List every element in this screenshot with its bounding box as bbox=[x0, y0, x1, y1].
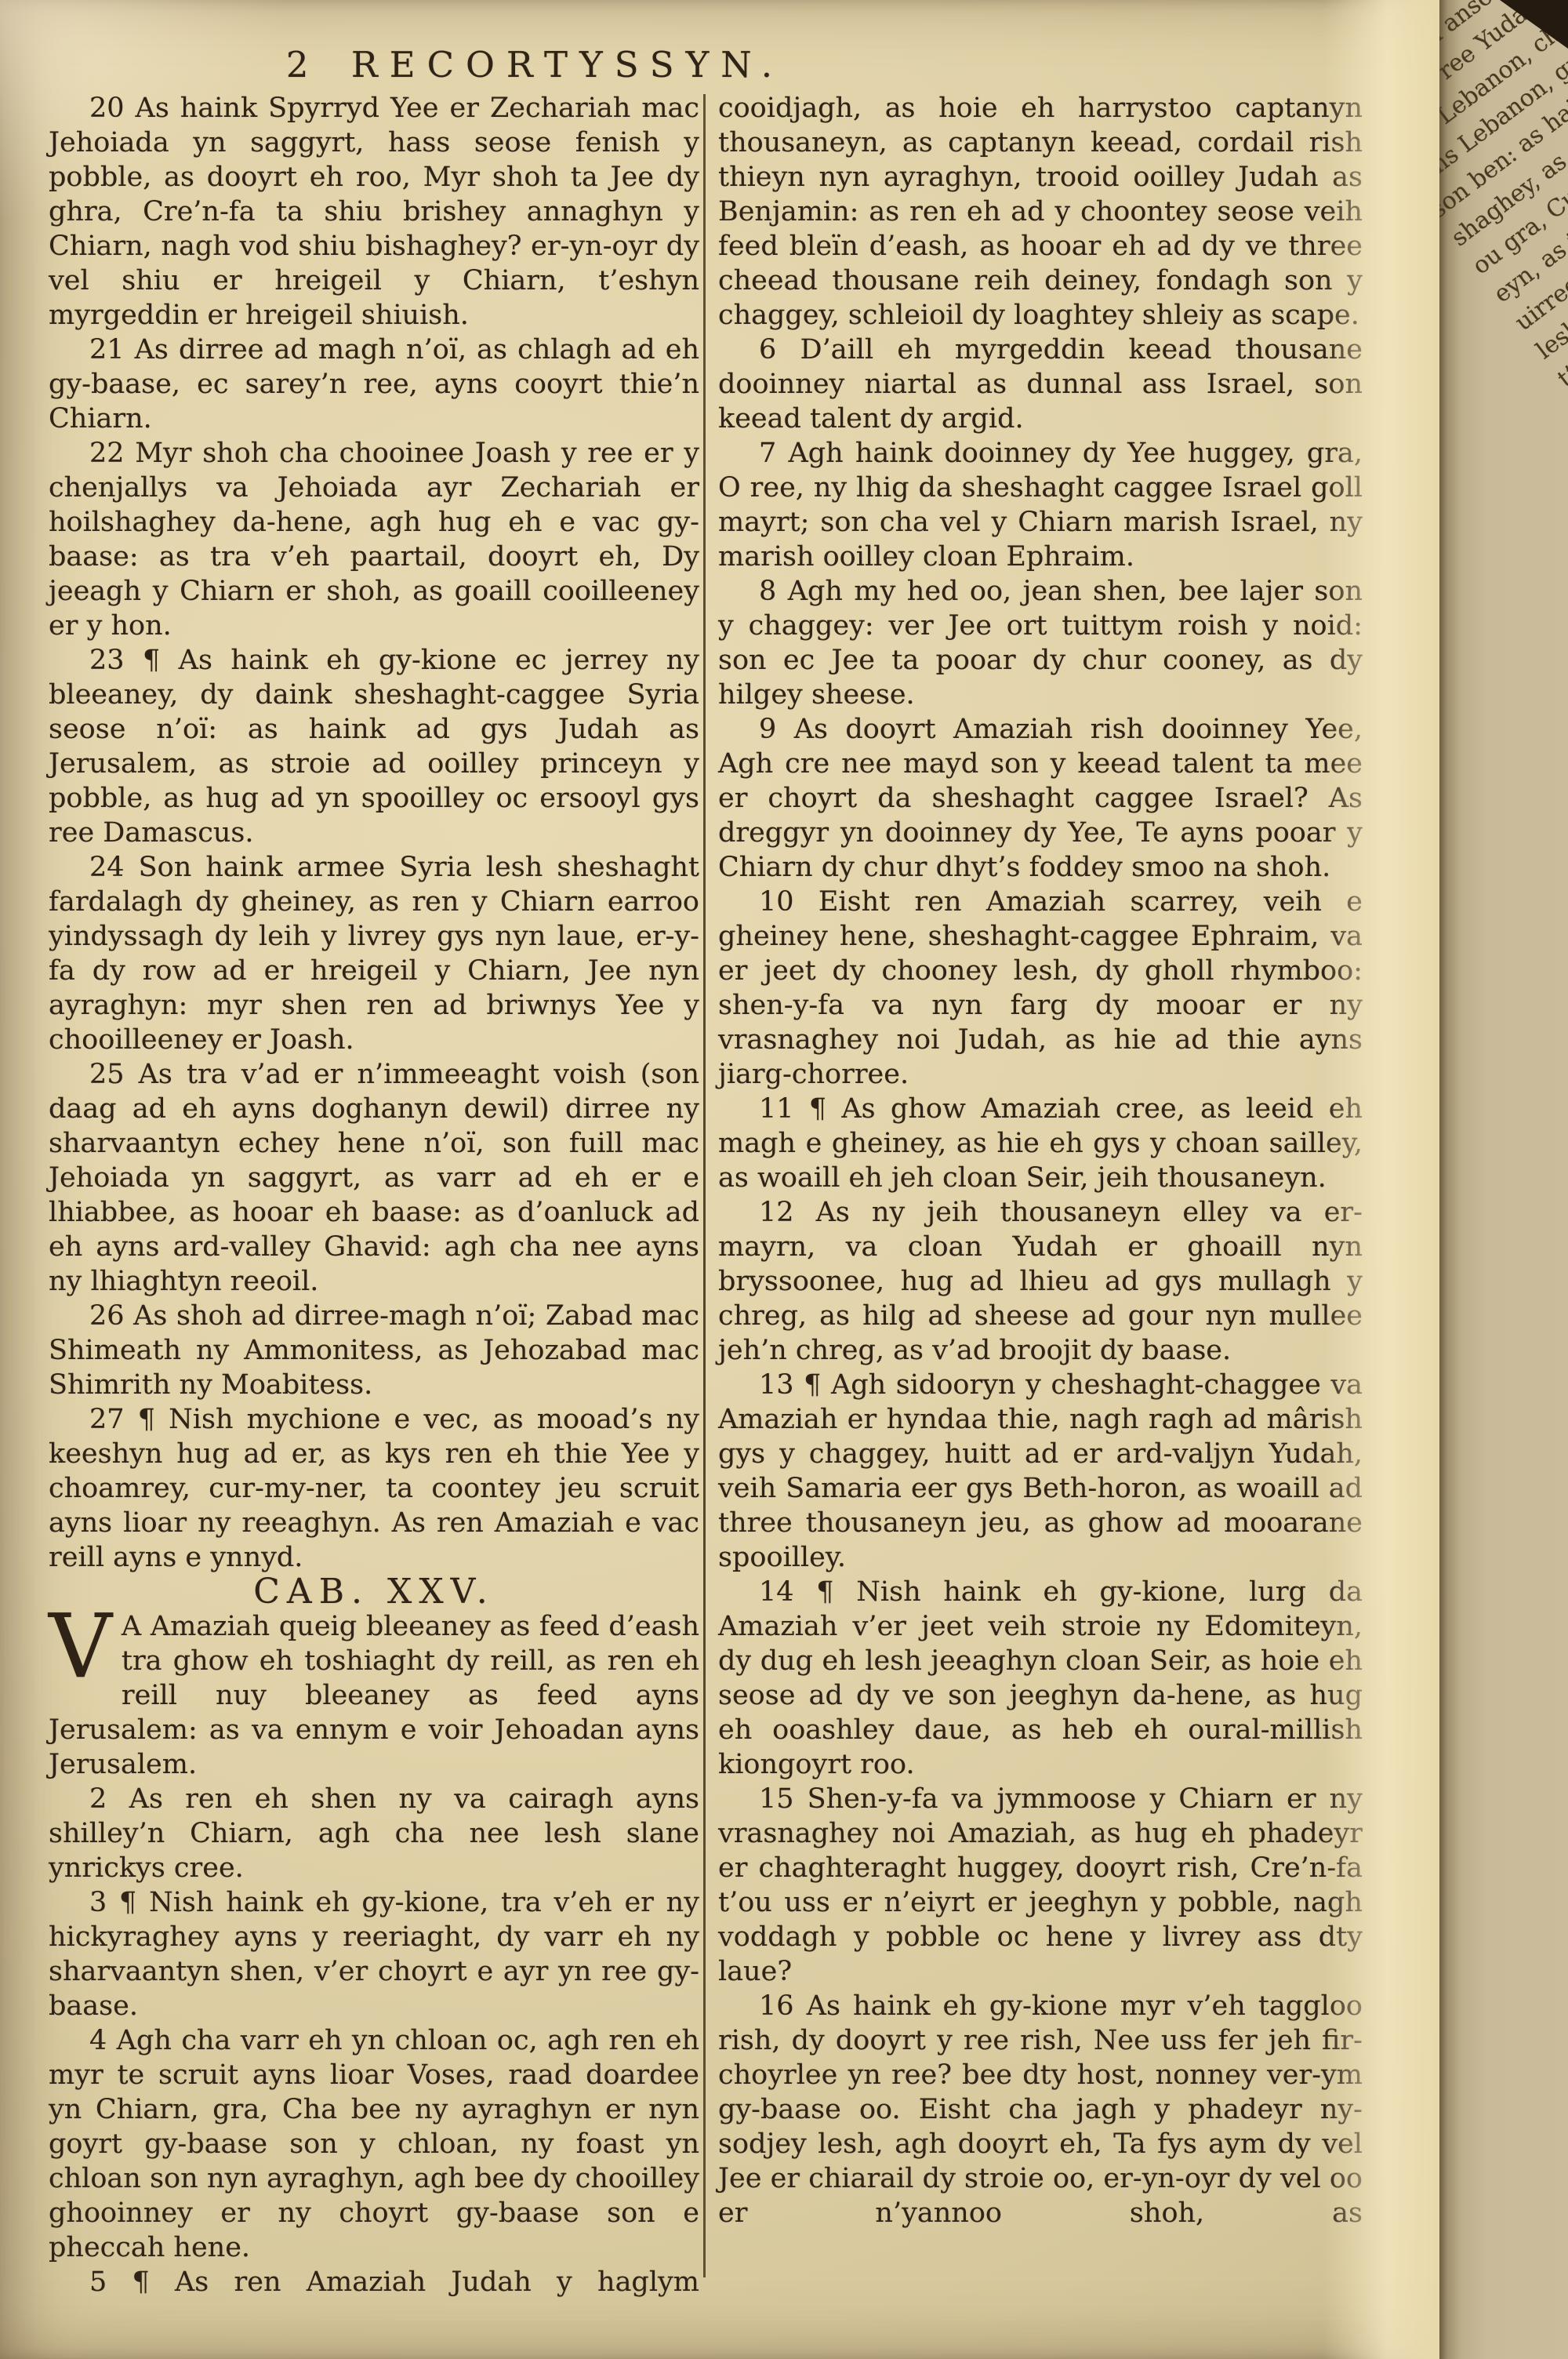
verse-paragraph: 10 Eisht ren Amaziah scarrey, veih e ghe… bbox=[718, 885, 1363, 1092]
verse-paragraph: CAB. XXV. bbox=[49, 1575, 699, 1609]
verse-text: 7 Agh haink dooinney dy Yee huggey, gra,… bbox=[718, 438, 1363, 572]
verse-text: 14 ¶ Nish haink eh gy-kione, lurg da Ama… bbox=[718, 1576, 1363, 1780]
verse-paragraph: 8 Agh my hed oo, jean shen, bee lajer so… bbox=[718, 574, 1363, 712]
right-column: cooidjagh, as hoie eh harrystoo captanyn… bbox=[718, 91, 1363, 2230]
verse-text: 27 ¶ Nish mychione e vec, as mooad’s ny … bbox=[49, 1404, 699, 1573]
verse-paragraph: 11 ¶ As ghow Amaziah cree, as leeid eh m… bbox=[718, 1092, 1363, 1195]
verse-text: 11 ¶ As ghow Amaziah cree, as leeid eh m… bbox=[718, 1093, 1363, 1194]
verse-paragraph: 27 ¶ Nish mychione e vec, as mooad’s ny … bbox=[49, 1402, 699, 1575]
verse-text: 21 As dirree ad magh n’oï, as chlagh ad … bbox=[49, 334, 699, 434]
drop-cap-initial: V bbox=[49, 1609, 122, 1680]
left-column: 20 As haink Spyrryd Yee er Zechariah mac… bbox=[49, 91, 699, 2299]
verse-paragraph: 4 Agh cha varr eh yn chloan oc, agh ren … bbox=[49, 2023, 699, 2265]
verse-paragraph: 26 As shoh ad dirree-magh n’oï; Zabad ma… bbox=[49, 1299, 699, 1402]
verse-paragraph: 22 Myr shoh cha chooinee Joash y ree er … bbox=[49, 436, 699, 643]
page-right-margin bbox=[1323, 0, 1439, 2359]
verse-text: 8 Agh my hed oo, jean shen, bee lajer so… bbox=[718, 576, 1363, 711]
verse-text: 25 As tra v’ad er n’immeeaght voish (son… bbox=[49, 1059, 699, 1297]
verse-paragraph: 21 As dirree ad magh n’oï, as chlagh ad … bbox=[49, 333, 699, 436]
verse-paragraph: 3 ¶ Nish haink eh gy-kione, tra v’eh er … bbox=[49, 1885, 699, 2023]
verse-paragraph: 14 ¶ Nish haink eh gy-kione, lurg da Ama… bbox=[718, 1575, 1363, 1782]
verse-text: 13 ¶ Agh sidooryn y cheshaght-chaggee va… bbox=[718, 1369, 1363, 1573]
verse-text: 3 ¶ Nish haink eh gy-kione, tra v’eh er … bbox=[49, 1887, 699, 2022]
verse-text: 15 Shen-y-fa va jymmoose y Chiarn er ny … bbox=[718, 1783, 1363, 1987]
verse-text: 16 As haink eh gy-kione myr v’eh taggloo… bbox=[718, 1990, 1363, 2229]
verse-paragraph: 20 As haink Spyrryd Yee er Zechariah mac… bbox=[49, 91, 699, 333]
verse-paragraph: cooidjagh, as hoie eh harrystoo captanyn… bbox=[718, 91, 1363, 333]
verse-paragraph: 9 As dooyrt Amaziah rish dooinney Yee, A… bbox=[718, 712, 1363, 885]
column-divider-rule bbox=[703, 94, 706, 2277]
verse-paragraph: 25 As tra v’ad er n’immeeaght voish (son… bbox=[49, 1057, 699, 1299]
verse-paragraph: 24 Son haink armee Syria lesh sheshaght … bbox=[49, 850, 699, 1057]
verse-text: 6 D’aill eh myrgeddin keead thousane doo… bbox=[718, 334, 1363, 434]
verse-paragraph: 7 Agh haink dooinney dy Yee huggey, gra,… bbox=[718, 436, 1363, 574]
verse-paragraph: 23 ¶ As haink eh gy-kione ec jerrey ny b… bbox=[49, 643, 699, 850]
verse-paragraph: 12 As ny jeih thousaneyn elley va er-may… bbox=[718, 1195, 1363, 1368]
verse-paragraph: 16 As haink eh gy-kione myr v’eh taggloo… bbox=[718, 1989, 1363, 2230]
verse-text: 26 As shoh ad dirree-magh n’oï; Zabad ma… bbox=[49, 1300, 699, 1401]
verse-paragraph: 2 As ren eh shen ny va cairagh ayns shil… bbox=[49, 1782, 699, 1885]
verse-text: cooidjagh, as hoie eh harrystoo captanyn… bbox=[718, 93, 1363, 331]
verse-text: 4 Agh cha varr eh yn chloan oc, agh ren … bbox=[49, 2025, 699, 2263]
verse-text: 10 Eisht ren Amaziah scarrey, veih e ghe… bbox=[718, 886, 1363, 1090]
verse-paragraph: 6 D’aill eh myrgeddin keead thousane doo… bbox=[718, 333, 1363, 436]
next-page-rotated-text: d oo er n’eai Eisht ghow Ama hug eh chag… bbox=[1439, 0, 1568, 1692]
verse-text: 5 ¶ As ren Amaziah Judah y haglym bbox=[89, 2266, 699, 2298]
verse-text: 12 As ny jeih thousaneyn elley va er-may… bbox=[718, 1197, 1363, 1366]
verse-text: CAB. XXV. bbox=[253, 1572, 494, 1612]
verse-paragraph: 13 ¶ Agh sidooryn y cheshaght-chaggee va… bbox=[718, 1368, 1363, 1575]
verse-text: A Amaziah queig bleeaney as feed d’eash … bbox=[49, 1611, 699, 1780]
verse-paragraph: 15 Shen-y-fa va jymmoose y Chiarn er ny … bbox=[718, 1782, 1363, 1989]
verse-text: 9 As dooyrt Amaziah rish dooinney Yee, A… bbox=[718, 714, 1363, 883]
verse-text: 2 As ren eh shen ny va cairagh ayns shil… bbox=[49, 1783, 699, 1884]
running-head: 2 RECORTYSSYN. bbox=[47, 44, 1023, 85]
verse-paragraph: VA Amaziah queig bleeaney as feed d’eash… bbox=[49, 1609, 699, 1782]
verse-paragraph: 5 ¶ As ren Amaziah Judah y haglym bbox=[49, 2265, 699, 2299]
book-page-photo: 2 RECORTYSSYN. 20 As haink Spyrryd Yee e… bbox=[0, 0, 1568, 2359]
verse-text: 22 Myr shoh cha chooinee Joash y ree er … bbox=[49, 438, 699, 642]
verse-text: 23 ¶ As haink eh gy-kione ec jerrey ny b… bbox=[49, 645, 699, 849]
verse-text: 24 Son haink armee Syria lesh sheshaght … bbox=[49, 852, 699, 1056]
verse-text: 20 As haink Spyrryd Yee er Zechariah mac… bbox=[49, 93, 699, 331]
next-page-curl: d oo er n’eai Eisht ghow Ama hug eh chag… bbox=[1439, 0, 1568, 2359]
